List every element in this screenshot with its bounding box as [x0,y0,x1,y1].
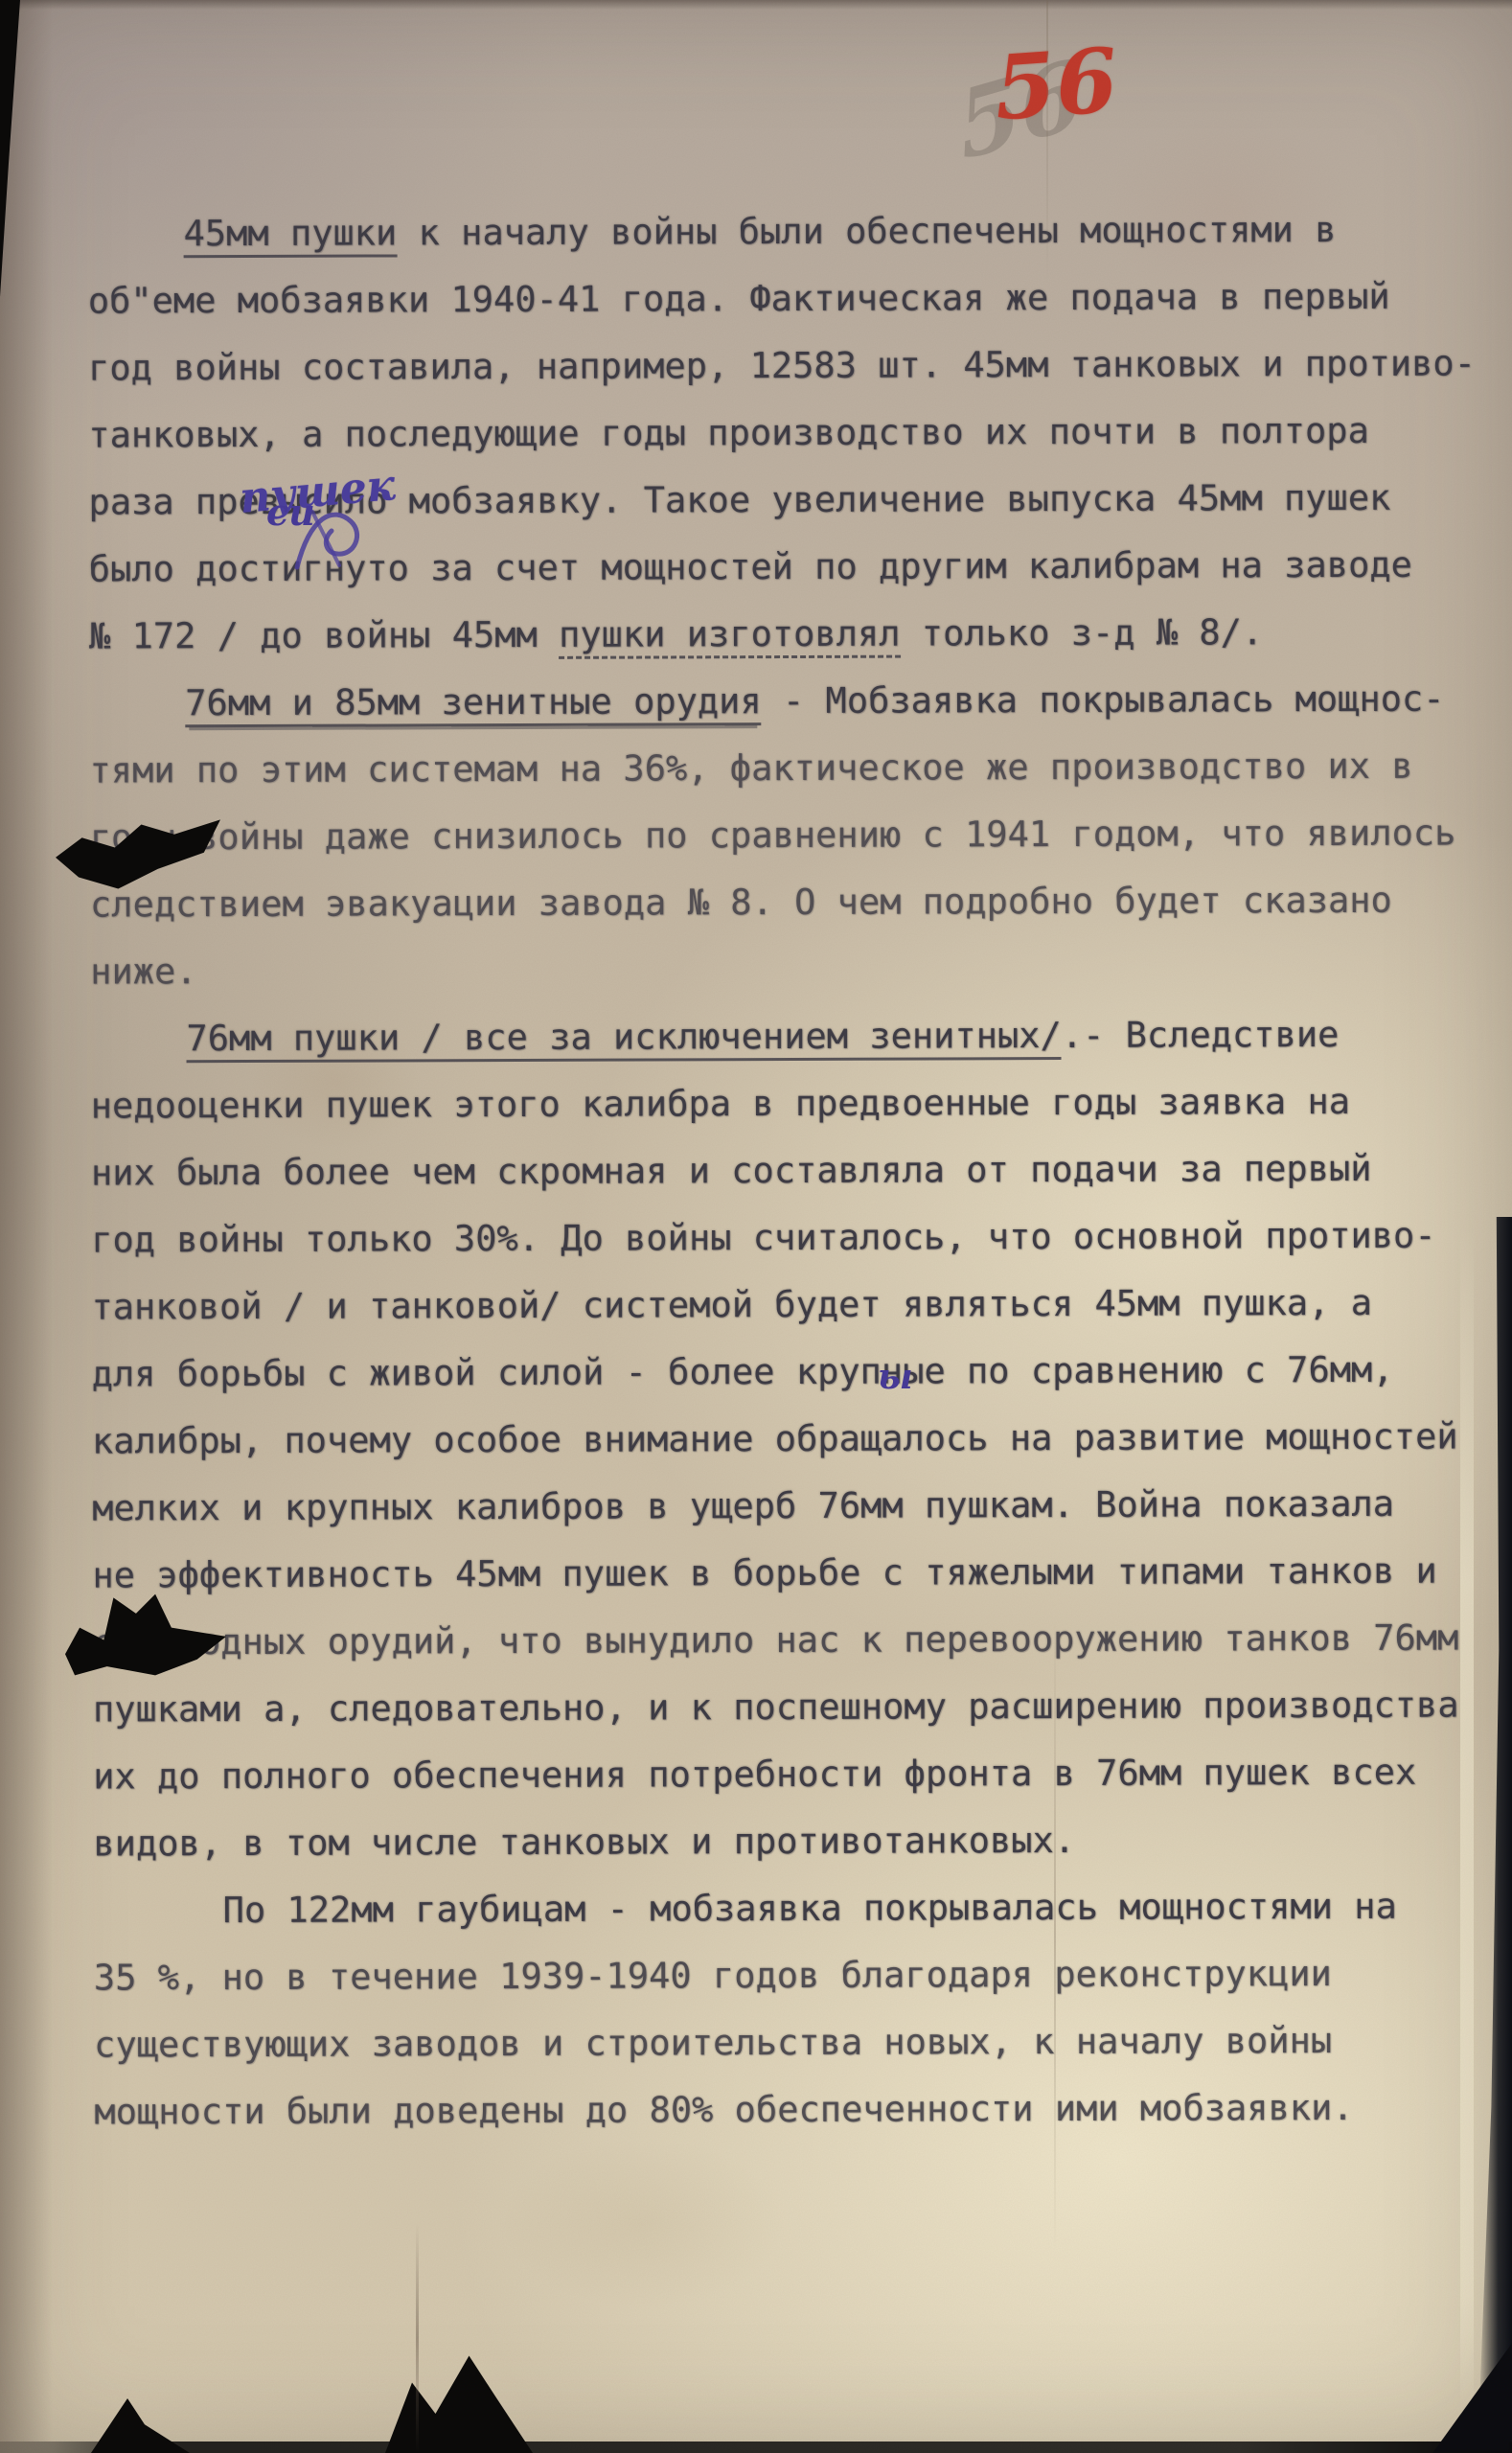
line-plain: видов, в том числе танковых и противотан… [93,1820,1075,1865]
line-plain: их до полного обеспечения потребности фр… [93,1752,1416,1798]
line-underlined: 76мм и 85мм зенитные орудия [185,680,762,727]
line-plain: ниже. [90,951,197,992]
line-plain: следствием эвакуации завода № 8. О чем п… [90,880,1392,926]
text-line: не эффективность 45мм пушек в борьбе с т… [92,1551,1501,1623]
text-line: 45мм пушки к началу войны были обеспечен… [87,210,1496,282]
line-underlined: 45мм пушки [183,212,397,258]
scan-bed-bottom-edge [0,2442,1512,2453]
line-plain: только з-д № 8/. [900,611,1263,653]
text-line: существующих заводов и строительства нов… [94,2021,1502,2093]
handwritten-correction-y: ы [878,1357,913,1397]
line-plain: - Мобзаявка покрывалась мощнос- [762,678,1445,722]
line-plain: калибры, почему особое внимание обращало… [92,1416,1458,1462]
text-line: 76мм и 85мм зенитные орудия - Мобзаявка … [89,679,1498,751]
text-line: их до полного обеспечения потребности фр… [93,1753,1501,1824]
line-plain: годы войны даже снизилось по сравнению с… [90,813,1456,859]
line-plain: танковой / и танковой/ системой будет яв… [91,1282,1372,1328]
line-plain: 35 %, но в течение 1939-1940 годов благо… [94,1953,1332,1999]
text-line: годы войны даже снизилось по сравнению с… [90,814,1499,885]
text-line: тями по этим системам на 36%, фактическо… [89,746,1498,818]
scanned-document-page: 45мм пушки к началу войны были обеспечен… [0,0,1512,2453]
text-line: год войны только 30%. До войны считалось… [91,1216,1500,1288]
paper-crease [1054,1619,1056,2252]
line-plain: .- Вследствие [1062,1014,1340,1056]
text-line: об"еме мобзаявки 1940-41 года. Фактическ… [88,277,1497,349]
line-plain: недооценки пушек этого калибра в предвое… [91,1081,1350,1127]
text-line: мелких и крупных калибров в ущерб 76мм п… [92,1484,1501,1556]
line-plain: тями по этим системам на 36%, фактическо… [89,745,1412,791]
text-line: год войны составила, например, 12583 шт.… [88,344,1497,416]
line-plain: для борьбы с живой силой - более крупные… [92,1349,1394,1395]
text-line: № 172 / до войны 45мм пушки изготовлял т… [89,612,1498,684]
page-number-red-pencil: 56 [991,29,1120,141]
line-plain: об"еме мобзаявки 1940-41 года. Фактическ… [88,276,1390,322]
line-plain: пушками а, следовательно, и к поспешному… [93,1685,1459,1731]
line-plain: самоходных орудий, что вынудило нас к пе… [93,1617,1459,1663]
text-line: 35 %, но в течение 1939-1940 годов благо… [94,1954,1502,2026]
text-line: 76мм пушки / все за исключением зенитных… [90,1015,1499,1087]
line-plain: танковых, а последующие годы производств… [88,410,1369,456]
line-plain: год войны составила, например, 12583 шт.… [88,343,1476,389]
line-plain: них была более чем скромная и составляла… [91,1148,1372,1194]
text-line: По 122мм гаубицам - мобзаявка покрывалас… [94,1887,1502,1959]
text-line: танковой / и танковой/ системой будет яв… [91,1283,1500,1355]
text-line: калибры, почему особое внимание обращало… [92,1417,1501,1489]
text-line: следствием эвакуации завода № 8. О чем п… [90,881,1499,952]
text-line: недооценки пушек этого калибра в предвое… [91,1082,1500,1154]
text-line: видов, в том числе танковых и противотан… [93,1820,1501,1891]
text-line: самоходных орудий, что вынудило нас к пе… [93,1618,1501,1690]
paper-crease [416,2223,419,2453]
line-plain: мелких и крупных калибров в ущерб 76мм п… [92,1483,1394,1529]
handwritten-correction-si: си [266,491,315,534]
line-plain: год войны только 30%. До войны считалось… [91,1215,1436,1261]
text-line: пушками а, следовательно, и к поспешному… [93,1685,1501,1757]
line-plain: мощности были доведены до 80% обеспеченн… [94,2087,1353,2133]
line-plain: № 172 / до войны 45мм [89,614,559,657]
text-line: мощности были доведены до 80% обеспеченн… [94,2088,1502,2160]
line-underlined: пушки изготовлял [559,613,901,659]
paper-crease [1046,0,1048,287]
text-line: для борьбы с живой силой - более крупные… [92,1350,1501,1422]
text-line: ниже. [90,948,1499,1020]
line-plain: По 122мм гаубицам - мобзаявка покрывалас… [223,1886,1397,1931]
line-plain: существующих заводов и строительства нов… [94,2020,1332,2066]
line-plain: к началу войны были обеспечены мощностям… [397,209,1336,253]
line-underlined: 76мм пушки / все за исключением зенитных… [186,1015,1061,1063]
text-line: них была более чем скромная и составляла… [91,1149,1500,1221]
paper-edge-highlight [1460,1226,1474,2415]
line-plain: не эффективность 45мм пушек в борьбе с т… [92,1550,1437,1596]
